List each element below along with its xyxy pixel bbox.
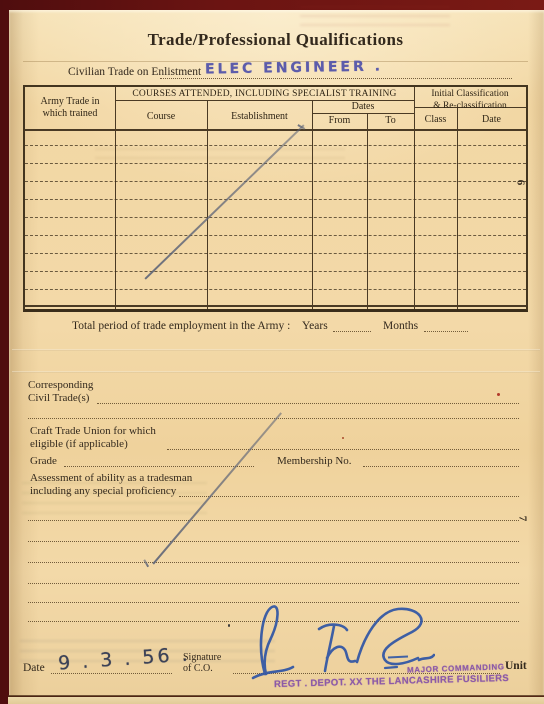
months-dotted-line [424,331,468,332]
page-title: Trade/Professional Qualifications [23,33,528,46]
col-header-courses-banner: COURSES ATTENDED, INCLUDING SPECIALIST T… [115,89,414,101]
col-header-dates: Dates [312,101,414,113]
table-header-line [312,113,414,114]
table-column-line [207,100,208,309]
col-header-from: From [312,115,367,127]
unit-label: Unit [505,660,527,673]
co-signature-ink [235,598,435,682]
table-row [25,217,526,218]
date-label: Date [23,662,45,675]
table-column-line [457,107,458,309]
col-header-course: Course [115,111,207,123]
membership-no-label: Membership No. [277,455,352,468]
fold-crease [12,349,540,351]
ruled-dotted-line [28,583,519,584]
table-column-line [312,100,313,309]
total-period-label: Total period of trade employment in the … [72,320,290,333]
table-row [25,289,526,290]
page-number-7: 7 [515,516,528,522]
paper-speck [497,393,500,396]
civilian-trade-dotted-line [160,78,512,79]
paper-speck [342,437,344,439]
grade-label: Grade [30,455,57,468]
table-row [25,145,526,146]
table-row [25,235,526,236]
paper-speck [228,624,230,627]
years-label: Years [302,320,328,333]
table-row [25,253,526,254]
col-header-army-trade: Army Trade in which trained [25,96,115,119]
assessment-label: Assessment of ability as a tradesman inc… [30,472,192,498]
courses-table: Army Trade in which trained COURSES ATTE… [23,85,528,312]
fold-crease [12,371,540,373]
trade-union-label: Craft Trade Union for which eligible (if… [30,425,156,451]
table-header-line [25,129,526,131]
assessment-dotted-line [179,496,519,497]
table-column-line [367,113,368,309]
membership-dotted-line [363,466,519,467]
ruled-dotted-line [28,541,519,542]
table-row [25,199,526,200]
table-row [25,181,526,182]
col-header-classification: Initial Classification & Re-classificati… [414,89,526,112]
col-header-to: To [367,115,414,127]
trade-union-dotted-line [167,449,519,450]
years-dotted-line [333,331,371,332]
underlying-page-edge [8,697,544,704]
col-header-class: Class [414,114,457,126]
ink-bleedthrough [300,6,450,32]
ruled-dotted-line [28,562,519,563]
civil-trades-label: Corresponding Civil Trade(s) [28,379,93,405]
table-row [25,271,526,272]
ruled-dotted-line [28,520,519,521]
civil-trades-dotted-line [97,403,519,404]
civilian-trade-handwritten-value: ELEC ENGINEER . [205,58,383,77]
page-number-6: 6 [513,180,526,186]
grade-dotted-line [64,466,254,467]
col-header-date: Date [457,114,526,126]
signature-label: Signature of C.O. [183,652,221,674]
table-row [25,163,526,164]
months-label: Months [383,320,418,333]
scanned-record-book-page: Trade/Professional Qualifications Civili… [0,0,544,704]
table-bottom-inner-line [25,305,526,307]
col-header-establishment: Establishment [207,111,312,123]
